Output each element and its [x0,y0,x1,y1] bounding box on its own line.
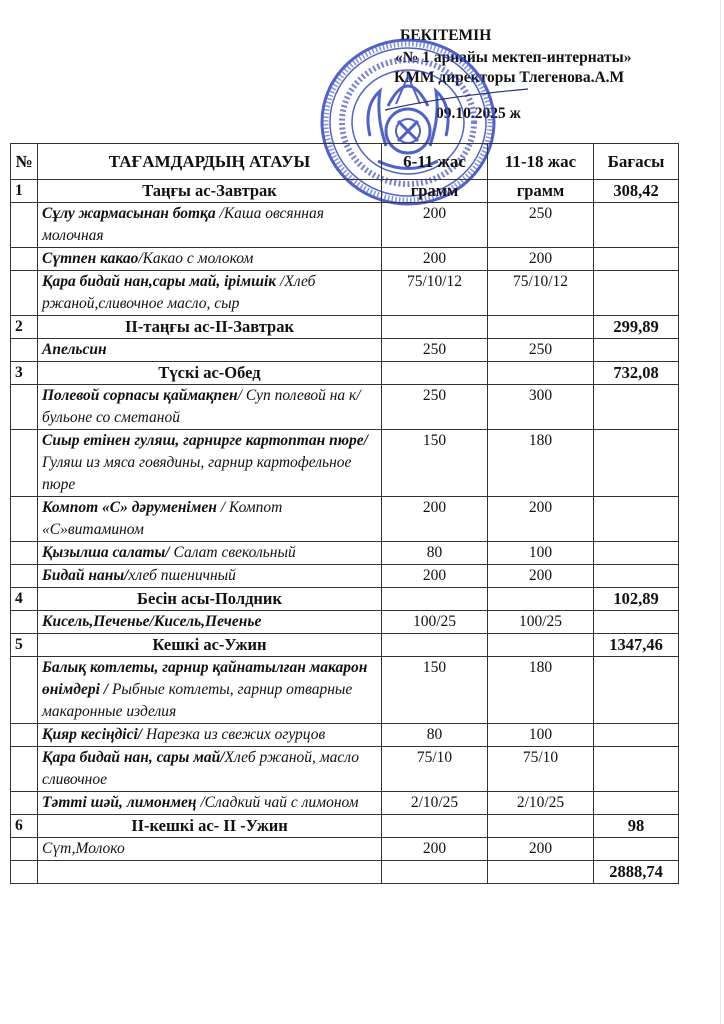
price-empty [594,339,679,362]
portion-age-11-18: 200 [488,497,594,542]
portion-age-6-11: 75/10/12 [382,271,488,316]
portion-age-6-11: 2/10/25 [382,792,488,815]
section-row: 3Түскі ас-Обед732,08 [11,362,679,385]
portion-age-11-18: 200 [488,248,594,271]
dish-name-russian: Гуляш из мяса говядины, гарнир картофель… [42,454,351,493]
section-title: ІІ-кешкі ас- ІІ -Ужин [38,815,382,838]
dish-name: Апельсин [38,339,382,362]
table-row: Полевой сорпасы қаймақпен/ Суп полевой н… [11,385,679,430]
portion-age-11-18: 250 [488,339,594,362]
section-row: 1Таңғы ас-Завтракграммграмм308,42 [11,180,679,203]
portion-age-11-18: 180 [488,657,594,724]
header-price: Бағасы [594,144,679,180]
unit-age-6-11 [382,588,488,611]
header-dish-name: ТАҒАМДАРДЫҢ АТАУЫ [38,144,382,180]
price-empty [594,248,679,271]
section-price: 732,08 [594,362,679,385]
menu-table-body: 1Таңғы ас-Завтракграммграмм308,42Сұлу жа… [11,180,679,884]
section-title: Таңғы ас-Завтрак [38,180,382,203]
page-edge-line [720,0,721,1024]
dish-name-russian: /Сладкий чай с лимоном [200,794,358,811]
dish-name: Компот «С» дәруменімен / Компот «С»витам… [38,497,382,542]
price-empty [594,497,679,542]
section-title: Түскі ас-Обед [38,362,382,385]
dish-name-russian: Салат свекольный [170,544,296,561]
price-empty [594,657,679,724]
portion-age-6-11: 200 [382,203,488,248]
portion-age-11-18: 300 [488,385,594,430]
section-price: 299,89 [594,316,679,339]
section-title: ІІ-таңғы ас-ІІ-Завтрак [38,316,382,339]
row-number-empty [11,747,38,792]
portion-age-6-11: 150 [382,657,488,724]
unit-age-11-18: грамм [488,180,594,203]
section-row: 2ІІ-таңғы ас-ІІ-Завтрак299,89 [11,316,679,339]
unit-age-6-11 [382,362,488,385]
table-row: Балық котлеты, гарнир қайнатылған макаро… [11,657,679,724]
portion-age-6-11: 250 [382,339,488,362]
row-number-empty [11,339,38,362]
portion-age-11-18: 200 [488,565,594,588]
dish-name-russian: /Какао с молоком [138,250,253,267]
price-empty [594,271,679,316]
unit-age-11-18 [488,634,594,657]
row-number-empty [11,385,38,430]
total-number-empty [11,861,38,884]
section-number: 3 [11,362,38,385]
row-number-empty [11,248,38,271]
price-empty [594,611,679,634]
dish-name-kazakh: Қызылша салаты/ [42,544,170,561]
row-number-empty [11,271,38,316]
unit-age-6-11 [382,634,488,657]
section-title: Бесін асы-Полдник [38,588,382,611]
section-number: 1 [11,180,38,203]
section-price: 102,89 [594,588,679,611]
section-row: 6ІІ-кешкі ас- ІІ -Ужин98 [11,815,679,838]
dish-name: Сиыр етінен гуляш, гарнирге картоптан пю… [38,430,382,497]
unit-age-11-18 [488,316,594,339]
row-number-empty [11,565,38,588]
price-empty [594,542,679,565]
dish-name-kazakh: Сиыр етінен гуляш, гарнирге картоптан пю… [42,432,368,449]
portion-age-6-11: 100/25 [382,611,488,634]
dish-name-kazakh: Кисель,Печенье/Кисель,Печенье [42,613,261,630]
dish-name-kazakh: Қара бидай нан, сары май/ [42,749,225,766]
table-row: Компот «С» дәруменімен / Компот «С»витам… [11,497,679,542]
portion-age-11-18: 75/10/12 [488,271,594,316]
header-age-11-18: 11-18 жас [488,144,594,180]
unit-age-11-18 [488,815,594,838]
portion-age-6-11: 80 [382,542,488,565]
table-row: Сиыр етінен гуляш, гарнирге картоптан пю… [11,430,679,497]
dish-name-kazakh: Қияр кесіңдісі/ [42,726,142,743]
portion-age-11-18: 250 [488,203,594,248]
portion-age-11-18: 100 [488,542,594,565]
portion-age-6-11: 200 [382,497,488,542]
section-price: 98 [594,815,679,838]
dish-name-kazakh: Полевой сорпасы қаймақпен [42,387,238,404]
dish-name-russian: Нарезка из свежих огурцов [142,726,325,743]
dish-name-russian: хлеб пшеничный [128,567,235,584]
section-price: 1347,46 [594,634,679,657]
section-number: 4 [11,588,38,611]
section-title: Кешкі ас-Ужин [38,634,382,657]
row-number-empty [11,657,38,724]
section-row: 5Кешкі ас-Ужин1347,46 [11,634,679,657]
portion-age-6-11: 200 [382,248,488,271]
price-empty [594,565,679,588]
portion-age-6-11: 200 [382,565,488,588]
portion-age-11-18: 200 [488,838,594,861]
dish-name-kazakh: Сүтпен какао [42,250,138,267]
section-number: 2 [11,316,38,339]
dish-name-kazakh: Қара бидай нан,сары май, ірімшік [42,273,280,290]
header-number: № [11,144,38,180]
dish-name-kazakh: Тәтті шәй, лимонмең [42,794,200,811]
dish-name-russian: Сүт,Молоко [42,840,125,857]
total-b-empty [488,861,594,884]
row-number-empty [11,542,38,565]
row-number-empty [11,838,38,861]
unit-age-6-11 [382,316,488,339]
dish-name: Сұлу жармасынан ботқа /Каша овсянная мол… [38,203,382,248]
row-number-empty [11,497,38,542]
portion-age-11-18: 75/10 [488,747,594,792]
section-price: 308,42 [594,180,679,203]
portion-age-6-11: 80 [382,724,488,747]
price-empty [594,385,679,430]
row-number-empty [11,724,38,747]
row-number-empty [11,430,38,497]
dish-name: Бидай наны/хлеб пшеничный [38,565,382,588]
dish-name: Қияр кесіңдісі/ Нарезка из свежих огурцо… [38,724,382,747]
price-empty [594,792,679,815]
dish-name: Қызылша салаты/ Салат свекольный [38,542,382,565]
row-number-empty [11,792,38,815]
total-price: 2888,74 [594,861,679,884]
price-empty [594,203,679,248]
table-row: Сүт,Молоко200200 [11,838,679,861]
dish-name-kazakh: Сұлу жармасынан ботқа [42,205,220,222]
dish-name: Сүтпен какао/Какао с молоком [38,248,382,271]
unit-age-11-18 [488,362,594,385]
dish-name: Полевой сорпасы қаймақпен/ Суп полевой н… [38,385,382,430]
table-row: Бидай наны/хлеб пшеничный200200 [11,565,679,588]
price-empty [594,747,679,792]
dish-name: Қара бидай нан, сары май/Хлеб ржаной, ма… [38,747,382,792]
total-a-empty [382,861,488,884]
row-number-empty [11,611,38,634]
section-row: 4Бесін асы-Полдник102,89 [11,588,679,611]
table-row: Сұлу жармасынан ботқа /Каша овсянная мол… [11,203,679,248]
price-empty [594,430,679,497]
dish-name: Балық котлеты, гарнир қайнатылған макаро… [38,657,382,724]
section-number: 6 [11,815,38,838]
table-row: Қызылша салаты/ Салат свекольный80100 [11,542,679,565]
table-row: Сүтпен какао/Какао с молоком200200 [11,248,679,271]
row-number-empty [11,203,38,248]
header-age-6-11: 6-11 жас [382,144,488,180]
unit-age-6-11: грамм [382,180,488,203]
portion-age-11-18: 100/25 [488,611,594,634]
signature-stroke [380,85,530,115]
dish-name-kazakh: Компот «С» дәруменімен [42,499,221,516]
price-empty [594,724,679,747]
price-empty [594,838,679,861]
portion-age-6-11: 250 [382,385,488,430]
portion-age-6-11: 200 [382,838,488,861]
portion-age-6-11: 75/10 [382,747,488,792]
unit-age-11-18 [488,588,594,611]
dish-name: Қара бидай нан,сары май, ірімшік /Хлеб р… [38,271,382,316]
table-row: Қара бидай нан,сары май, ірімшік /Хлеб р… [11,271,679,316]
unit-age-6-11 [382,815,488,838]
dish-name-kazakh: Апельсин [42,341,107,358]
dish-name: Сүт,Молоко [38,838,382,861]
dish-name: Кисель,Печенье/Кисель,Печенье [38,611,382,634]
dish-name-kazakh: Бидай наны/ [42,567,128,584]
table-header-row: № ТАҒАМДАРДЫҢ АТАУЫ 6-11 жас 11-18 жас Б… [11,144,679,180]
table-row: Қара бидай нан, сары май/Хлеб ржаной, ма… [11,747,679,792]
total-row: 2888,74 [11,861,679,884]
table-row: Апельсин250250 [11,339,679,362]
portion-age-6-11: 150 [382,430,488,497]
dish-name: Тәтті шәй, лимонмең /Сладкий чай с лимон… [38,792,382,815]
portion-age-11-18: 2/10/25 [488,792,594,815]
portion-age-11-18: 180 [488,430,594,497]
table-row: Қияр кесіңдісі/ Нарезка из свежих огурцо… [11,724,679,747]
section-number: 5 [11,634,38,657]
table-row: Тәтті шәй, лимонмең /Сладкий чай с лимон… [11,792,679,815]
table-row: Кисель,Печенье/Кисель,Печенье100/25100/2… [11,611,679,634]
portion-age-11-18: 100 [488,724,594,747]
menu-table: № ТАҒАМДАРДЫҢ АТАУЫ 6-11 жас 11-18 жас Б… [10,143,679,884]
total-name-empty [38,861,382,884]
